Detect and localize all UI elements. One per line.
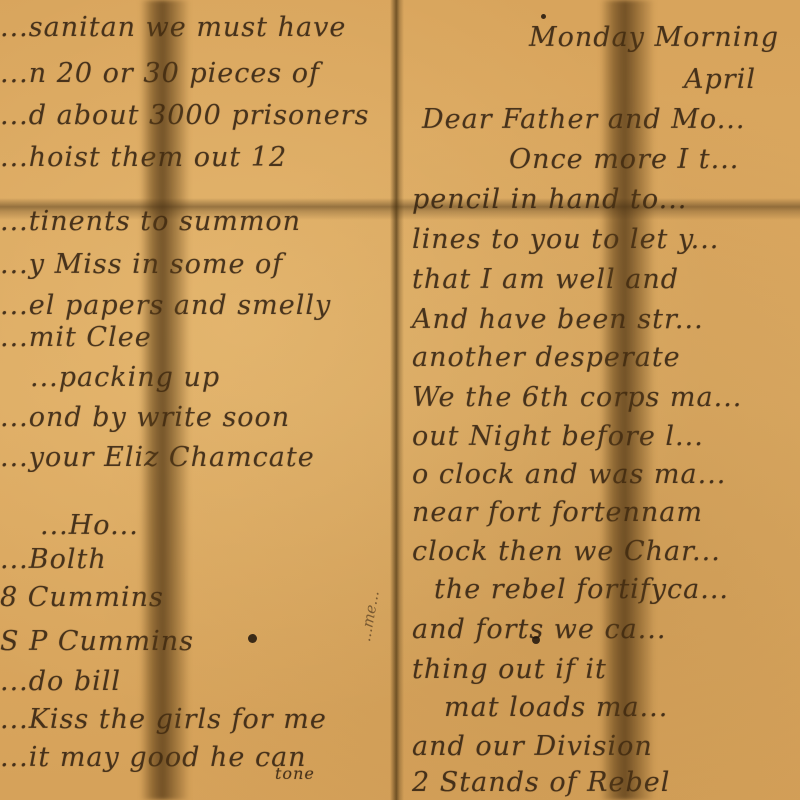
handwritten-line: thing out if it xyxy=(412,654,607,685)
handwritten-line: ...Ho... xyxy=(40,510,139,541)
handwritten-line: We the 6th corps ma... xyxy=(412,382,742,413)
handwritten-line: Dear Father and Mo... xyxy=(422,104,745,135)
letter-scan: ...sanitan we must have...n 20 or 30 pie… xyxy=(0,0,800,800)
handwritten-line: the rebel fortifyca... xyxy=(434,574,729,605)
handwritten-line: ...packing up xyxy=(30,362,220,393)
handwritten-line: And have been str... xyxy=(412,304,704,335)
handwritten-line: near fort fortennam xyxy=(412,497,703,528)
handwritten-line: lines to you to let y... xyxy=(412,224,719,255)
ink-blot xyxy=(248,634,257,643)
handwritten-line: ...Bolth xyxy=(0,544,107,575)
handwritten-line: o clock and was ma... xyxy=(412,459,726,490)
handwritten-line: April xyxy=(684,64,756,95)
handwritten-line: out Night before l... xyxy=(412,421,704,452)
left-page: ...sanitan we must have...n 20 or 30 pie… xyxy=(0,0,390,800)
ink-blot xyxy=(532,636,540,644)
vertical-fold-stain-right xyxy=(600,0,655,800)
handwritten-line: tone xyxy=(275,764,315,783)
ink-speck xyxy=(541,14,546,19)
vertical-fold-stain-left xyxy=(140,0,190,800)
page-gutter xyxy=(390,0,404,800)
handwritten-line: ...mit Clee xyxy=(0,322,152,353)
handwritten-line: ...do bill xyxy=(0,666,121,697)
handwritten-line: clock then we Char... xyxy=(412,536,721,567)
